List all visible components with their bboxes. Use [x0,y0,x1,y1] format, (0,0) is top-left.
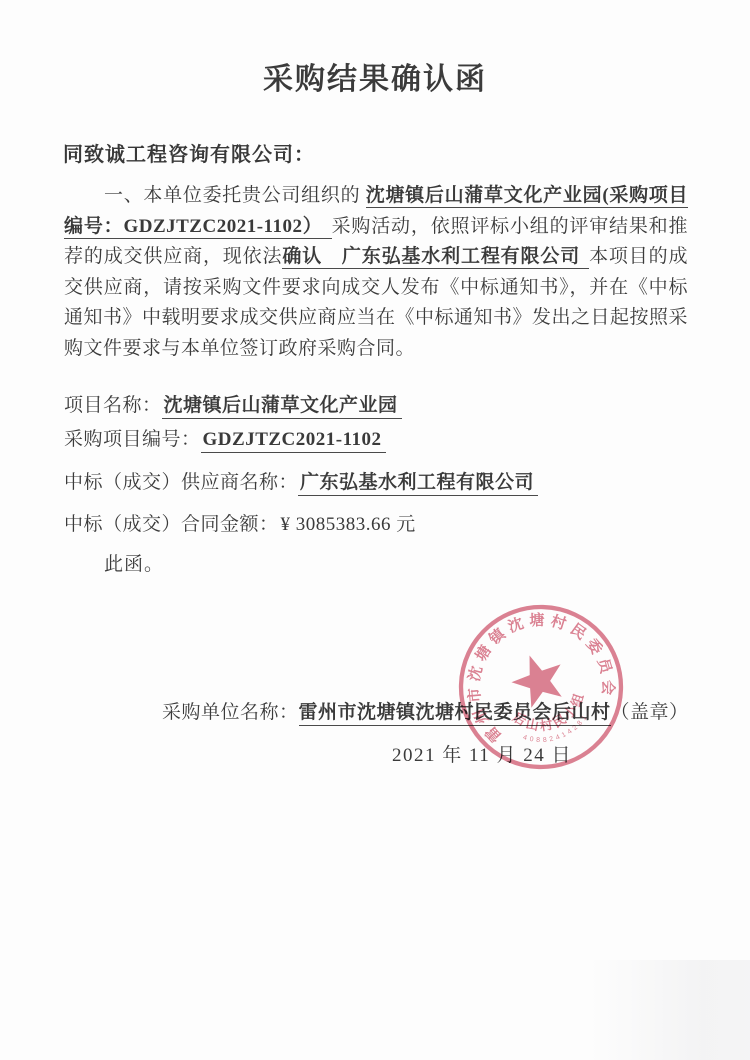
svg-text:雷州市沈塘镇沈塘村民委员会: 雷州市沈塘镇沈塘村民委员会 [455,601,626,749]
page-title: 采购结果确认函 [0,54,750,98]
field-procurement-number: 采购项目编号：GDZJTZC2021-1102 [64,424,386,451]
document-page: 采购结果确认函 同致诚工程咨询有限公司： 一、本单位委托贵公司组织的 沈塘镇后山… [0,0,750,1060]
signature-label: 采购单位名称： [162,702,299,723]
field-winning-supplier: 中标（成交）供应商名称：广东弘基水利工程有限公司 [64,467,538,494]
field-label: 中标（成交）合同金额： [64,514,279,535]
signature-line: 采购单位名称：雷州市沈塘镇沈塘村民委员会后山村（盖章） [162,697,689,724]
body-paragraph: 一、本单位委托贵公司组织的 沈塘镇后山蒲草文化产业园(采购项目编号：GDZJTZ… [64,181,688,365]
field-value: 广东弘基水利工程有限公司 [298,472,538,496]
paragraph-segment: 一、本单位委托贵公司组织的 [104,185,366,206]
signature-seal-note: （盖章） [611,702,689,723]
field-label: 中标（成交）供应商名称： [64,472,298,493]
field-label: 采购项目编号： [64,429,201,450]
date-line: 2021 年 11 月 24 日 [392,740,572,767]
field-project-name: 项目名称：沈塘镇后山蒲草文化产业园 [64,390,402,417]
field-contract-amount: 中标（成交）合同金额：¥ 3085383.66 元 [64,509,420,536]
closing-line: 此函。 [104,549,164,576]
field-value: ¥ 3085383.66 元 [279,514,420,537]
signature-unit-name: 雷州市沈塘镇沈塘村民委员会后山村 [299,702,611,726]
field-label: 项目名称： [64,395,162,416]
addressee-line: 同致诚工程咨询有限公司： [63,138,315,167]
field-value: 沈塘镇后山蒲草文化产业园 [162,395,402,419]
stamp-ring-text: 雷州市沈塘镇沈塘村民委员会 [455,601,626,749]
field-value: GDZJTZC2021-1102 [201,429,386,453]
underlined-supplier-name: 确认 广东弘基水利工程有限公司 [282,246,589,269]
